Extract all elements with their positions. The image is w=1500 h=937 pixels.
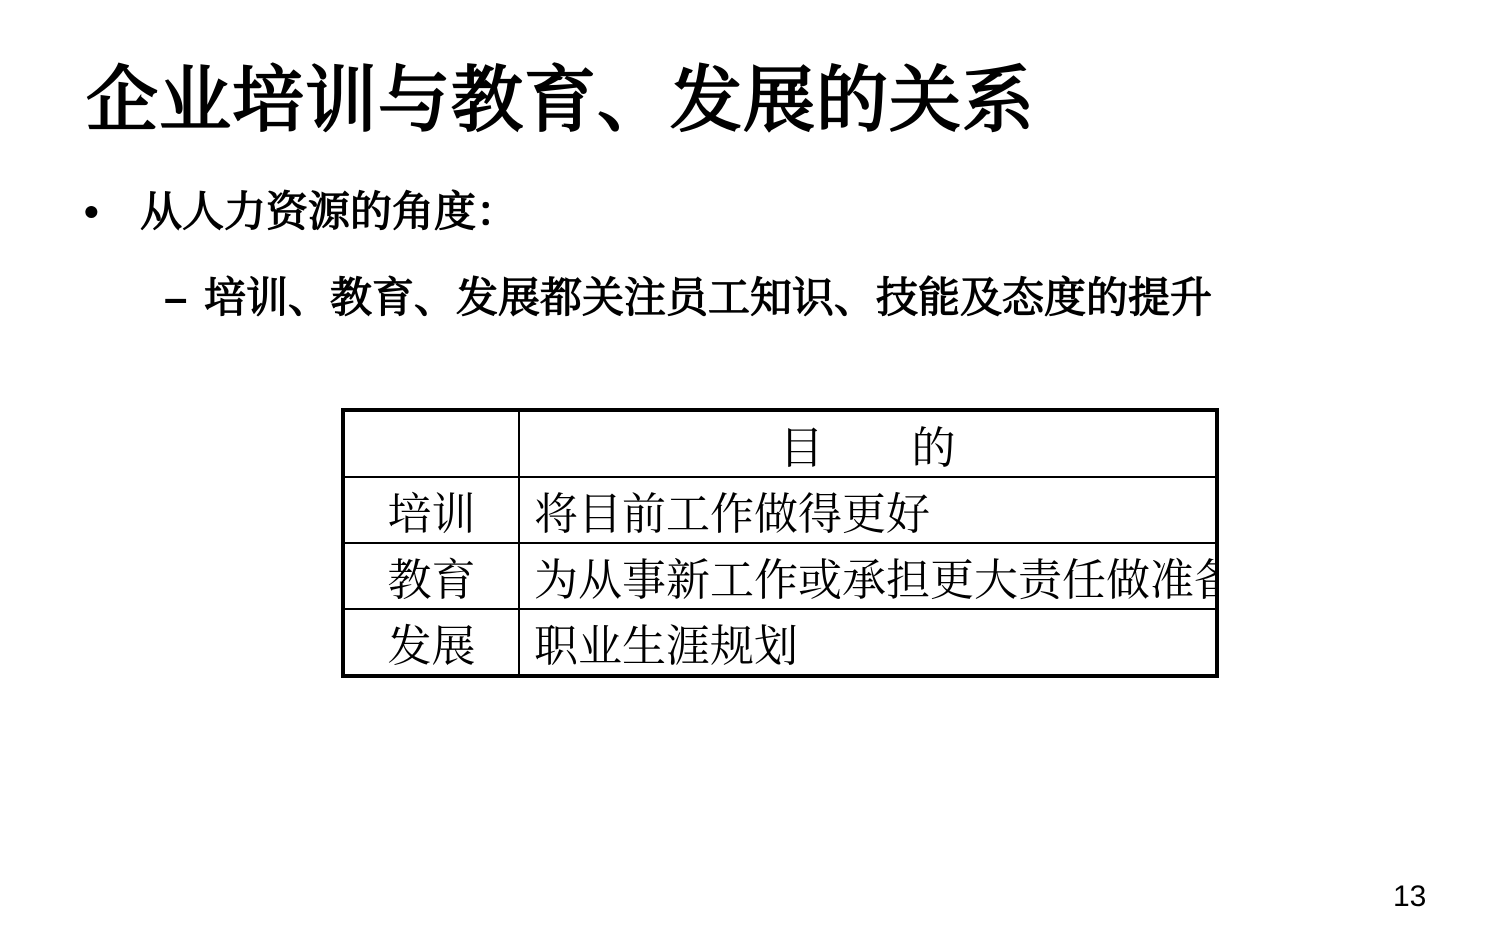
slide: 企业培训与教育、发展的关系 • 从人力资源的角度： – 培训、教育、发展都关注员… xyxy=(0,0,1500,937)
table-header-row: 目 的 xyxy=(343,410,1217,477)
table-cell-training-purpose: 将目前工作做得更好 xyxy=(519,477,1217,543)
table-row-development: 发展 职业生涯规划 xyxy=(343,609,1217,676)
purpose-table: 目 的 培训 将目前工作做得更好 教育 为从事新工作或承担更大责任做准备 发展 … xyxy=(341,408,1219,678)
sub-bullet-marker: – xyxy=(164,276,204,320)
bullet-item-level2: – 培训、教育、发展都关注员工知识、技能及态度的提升 xyxy=(164,276,1212,320)
bullet-marker: • xyxy=(84,190,140,234)
table-row-training: 培训 将目前工作做得更好 xyxy=(343,477,1217,543)
bullet-item-level1: • 从人力资源的角度： xyxy=(84,190,518,234)
slide-title: 企业培训与教育、发展的关系 xyxy=(86,42,1035,146)
table-header-purpose-cell: 目 的 xyxy=(519,410,1217,477)
table-row-education: 教育 为从事新工作或承担更大责任做准备 xyxy=(343,543,1217,609)
table-cell-development-label: 发展 xyxy=(343,609,519,676)
table-cell-education-label: 教育 xyxy=(343,543,519,609)
sub-bullet-text: 培训、教育、发展都关注员工知识、技能及态度的提升 xyxy=(204,276,1212,320)
table-cell-training-label: 培训 xyxy=(343,477,519,543)
table-cell-education-purpose: 为从事新工作或承担更大责任做准备 xyxy=(519,543,1217,609)
table-cell-development-purpose: 职业生涯规划 xyxy=(519,609,1217,676)
page-number: 13 xyxy=(1393,880,1426,914)
table-header-empty-cell xyxy=(343,410,519,477)
bullet-text: 从人力资源的角度： xyxy=(140,190,518,234)
